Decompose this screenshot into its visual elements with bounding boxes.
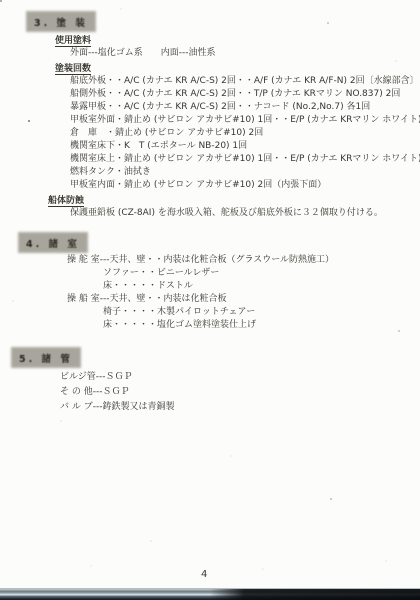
text-line: 暴露甲板・・A/C (カナエ KR A/C-S) 2回・・ナコード (No.2,… xyxy=(70,101,420,114)
page-number: 4 xyxy=(201,569,207,580)
subheading-hull-corrosion-protection: 船体防蝕 xyxy=(48,193,84,207)
text-line: 床・・・・・ドストル xyxy=(103,280,420,293)
text-line: 操 船 室---天井、壁・・内装は化粧合板 xyxy=(67,293,420,306)
text-line: ソファー・・ビニールレザー xyxy=(103,267,420,280)
text-line: バ ル ブ---鋳鉄製又は青銅製 xyxy=(60,400,420,415)
text-line: 機関室床下・K T (エポタール NB-20) 1回 xyxy=(70,140,420,153)
text-line: 甲板室外面・錆止め (サビロン アカサビ#10) 1回・・E/P (カナエ KR… xyxy=(70,114,420,127)
subheading-paint-coats: 塗装回数 xyxy=(55,61,91,75)
text-line: そ の 他---ＳＧＰ xyxy=(60,385,420,400)
text-line: 甲板室内面・錆止め (サビロン アカサビ#10) 2回（内張下面） xyxy=(70,179,420,192)
text-line: ビルジ管---ＳＧＰ xyxy=(60,370,420,385)
text-line: 倉 庫 ・錆止め (サビロン アカサビ#10) 2回 xyxy=(70,127,420,140)
text-line: 船側外板・・A/C (カナエ KR A/C-S) 2回・・T/P (カナエ KR… xyxy=(70,88,420,101)
subheading-paint-materials: 使用塗料 xyxy=(55,33,91,47)
document-content: 3. 塗 装 使用塗料 外面---塩化ゴム系 内面---油性系 塗装回数 船底外… xyxy=(0,13,420,415)
text-line: 保護亜鉛板 (CZ-8AI) を海水吸入箱、舵板及び船底外板に３２個取り付ける。 xyxy=(70,207,420,220)
text-line: 床・・・・・塩化ゴム塗料塗装仕上げ xyxy=(103,319,420,332)
text-line: 椅子・・・・木製パイロットチェアー xyxy=(103,306,420,319)
text-line: 機関室床上・錆止め (サビロン アカサビ#10) 1回・・E/P (カナエ KR… xyxy=(70,153,420,166)
text-line: 船底外板・・A/C (カナエ KR A/C-S) 2回・・A/F (カナエ KR… xyxy=(70,75,420,88)
section-heading-pipes: 5. 諸 管 xyxy=(13,349,79,366)
section-heading-painting: 3. 塗 装 xyxy=(28,13,94,30)
text-line: 燃料タンク・油拭き xyxy=(70,166,420,179)
scanned-document-page: 3. 塗 装 使用塗料 外面---塩化ゴム系 内面---油性系 塗装回数 船底外… xyxy=(0,0,420,600)
scanner-edge-band xyxy=(0,589,420,600)
text-line: 操 舵 室---天井、壁・・内装は化粧合板（グラスウール防熱施工） xyxy=(67,254,420,267)
section-heading-rooms: 4. 諸 室 xyxy=(20,234,86,251)
text-line: 外面---塩化ゴム系 内面---油性系 xyxy=(70,47,420,60)
